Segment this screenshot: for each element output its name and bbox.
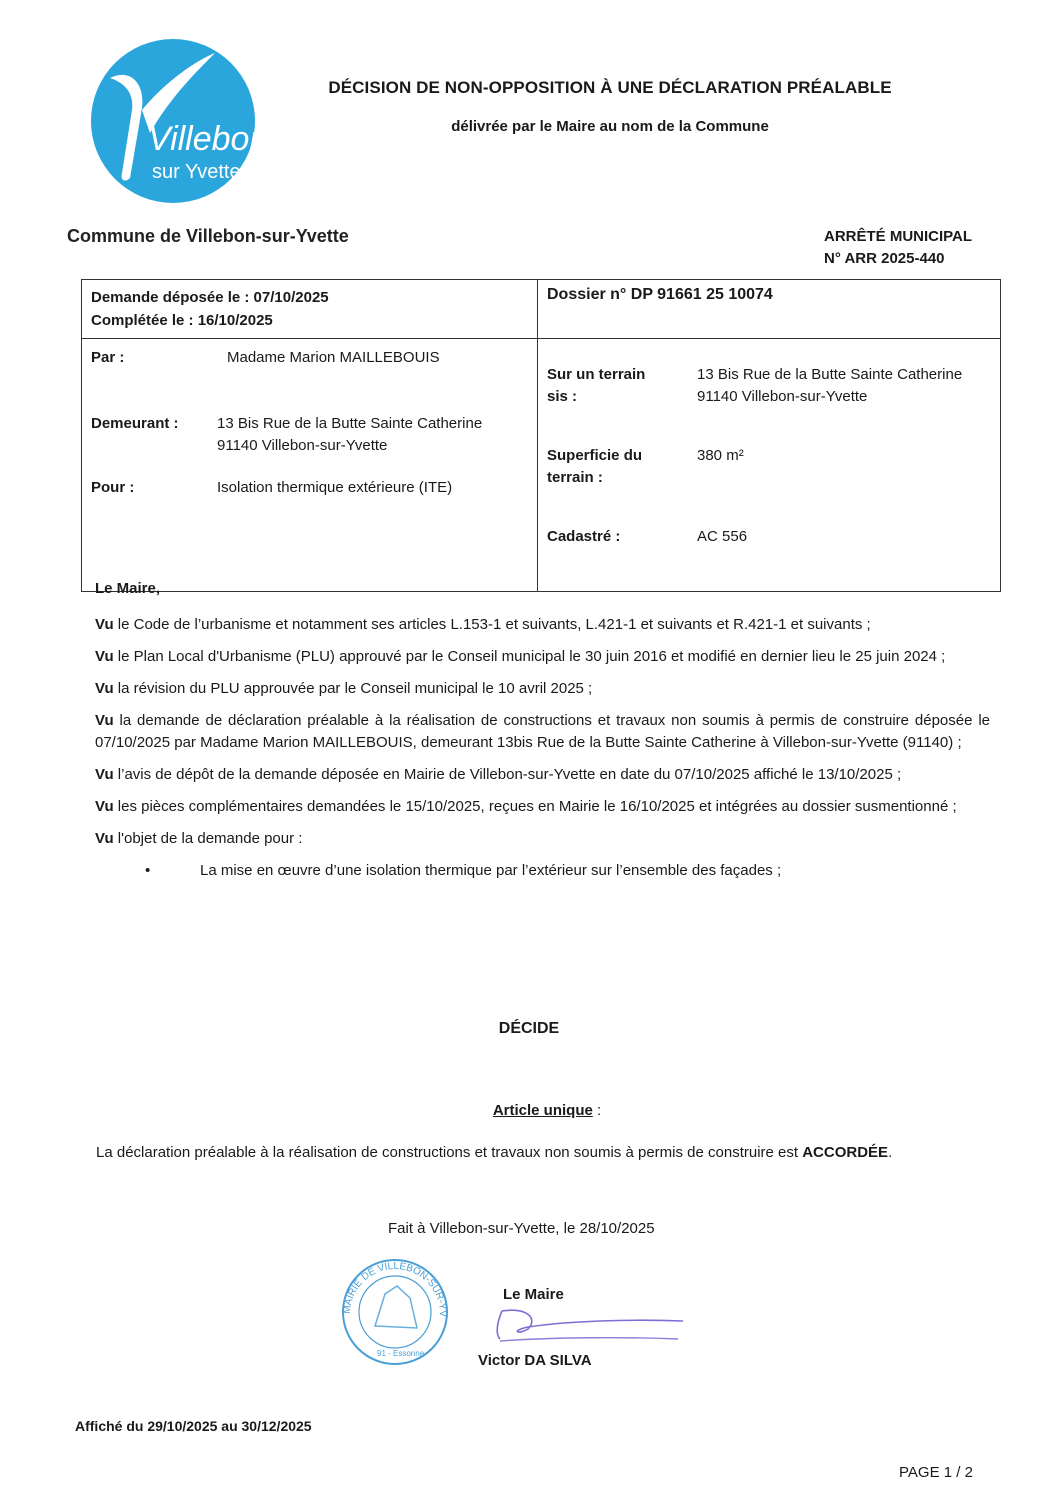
considerant-item: Vu l’avis de dépôt de la demande déposée…: [95, 764, 990, 786]
terrain-label: Sur un terrain sis :: [547, 364, 697, 408]
considerants-section: Le Maire, Vu le Code de l’urbanisme et n…: [95, 578, 990, 892]
superficie-value: 380 m²: [697, 445, 744, 467]
bullet-item: La mise en œuvre d’une isolation thermiq…: [95, 860, 990, 882]
dossier-cell: Dossier n° DP 91661 25 10074: [538, 280, 1001, 339]
pour-value: Isolation thermique extérieure (ITE): [217, 477, 452, 499]
par-value: Madame Marion MAILLEBOUIS: [217, 347, 440, 369]
logo-text: Villebon: [148, 120, 256, 158]
considerant-item: Vu le Plan Local d'Urbanisme (PLU) appro…: [95, 646, 990, 668]
intro: Le Maire,: [95, 578, 990, 600]
decide-heading: DÉCIDE: [0, 1020, 1058, 1038]
dossier-info-table: Demande déposée le : 07/10/2025 Complété…: [81, 279, 1001, 592]
terrain-value: 13 Bis Rue de la Butte Sainte Catherine …: [697, 364, 962, 408]
arrete-number: N° ARR 2025-440: [824, 248, 972, 270]
demeurant-value: 13 Bis Rue de la Butte Sainte Catherine …: [217, 413, 482, 457]
handwritten-signature: [488, 1305, 688, 1347]
signatory-name: Victor DA SILVA: [478, 1352, 592, 1369]
pour-label: Pour :: [91, 477, 217, 499]
considerant-item: Vu le Code de l’urbanisme et notamment s…: [95, 614, 990, 636]
decision-text: La déclaration préalable à la réalisatio…: [96, 1144, 892, 1161]
terrain-cell: Sur un terrain sis :13 Bis Rue de la But…: [538, 339, 1001, 592]
superficie-label: Superficie du terrain :: [547, 445, 697, 489]
demeurant-label: Demeurant :: [91, 413, 217, 435]
applicant-cell: Par :Madame Marion MAILLEBOUIS Demeurant…: [82, 339, 538, 592]
svg-text:91 - Essonne: 91 - Essonne: [377, 1349, 425, 1358]
logo-subtext: sur Yvette: [152, 161, 241, 183]
cadastre-value: AC 556: [697, 526, 747, 548]
page-number: PAGE 1 / 2: [899, 1464, 973, 1481]
villebon-logo: Villebon sur Yvette: [90, 38, 256, 204]
fait-a: Fait à Villebon-sur-Yvette, le 28/10/202…: [388, 1220, 655, 1237]
mairie-stamp: MAIRIE DE VILLEBON-SUR-YVETTE 91 - Esson…: [335, 1256, 455, 1366]
arrete-block: ARRÊTÉ MUNICIPAL N° ARR 2025-440: [824, 226, 972, 270]
arrete-label: ARRÊTÉ MUNICIPAL: [824, 226, 972, 248]
decision-result: ACCORDÉE: [802, 1144, 888, 1161]
par-label: Par :: [91, 347, 217, 369]
dates-cell: Demande déposée le : 07/10/2025 Complété…: [82, 280, 538, 339]
document-title: DÉCISION DE NON-OPPOSITION À UNE DÉCLARA…: [300, 78, 920, 98]
considerant-item: Vu la révision du PLU approuvée par le C…: [95, 678, 990, 700]
dossier-number: Dossier n° DP 91661 25 10074: [547, 286, 991, 304]
considerant-item: Vu la demande de déclaration préalable à…: [95, 710, 990, 754]
demande-date: Demande déposée le : 07/10/2025: [91, 286, 528, 309]
considerant-item: Vu les pièces complémentaires demandées …: [95, 796, 990, 818]
signatory-role: Le Maire: [503, 1286, 564, 1303]
cadastre-label: Cadastré :: [547, 526, 697, 548]
completee-date: Complétée le : 16/10/2025: [91, 309, 528, 332]
commune-name: Commune de Villebon-sur-Yvette: [67, 226, 349, 247]
document-subtitle: délivrée par le Maire au nom de la Commu…: [300, 118, 920, 135]
article-heading: Article unique :: [0, 1102, 1058, 1119]
affichage-dates: Affiché du 29/10/2025 au 30/12/2025: [75, 1418, 312, 1434]
considerant-item: Vu l'objet de la demande pour :: [95, 828, 990, 850]
